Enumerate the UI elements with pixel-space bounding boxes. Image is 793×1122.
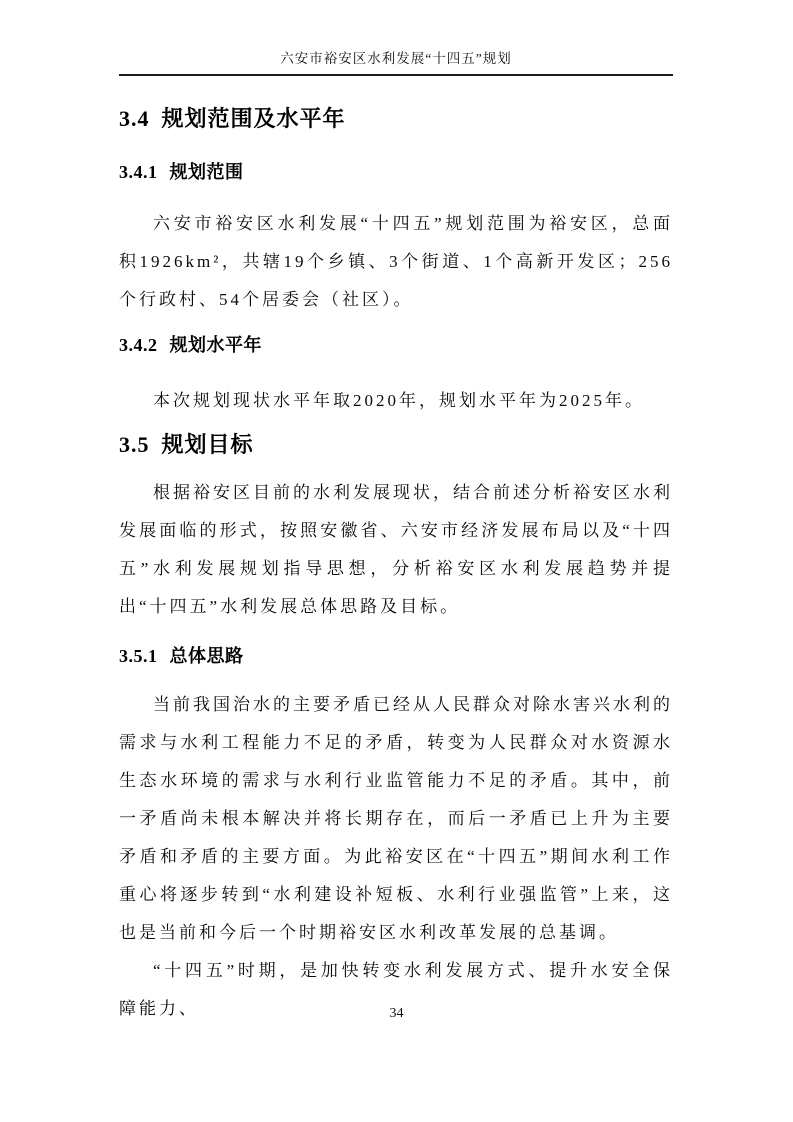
section-number: 3.4 bbox=[119, 106, 150, 131]
section-heading-3-5: 3.5规划目标 bbox=[119, 430, 673, 460]
section-heading-3-4: 3.4规划范围及水平年 bbox=[119, 104, 673, 134]
paragraph-planning-goals-intro: 根据裕安区目前的水利发展现状，结合前述分析裕安区水利发展面临的形式，按照安徽省、… bbox=[119, 474, 673, 626]
section-title: 规划范围及水平年 bbox=[162, 106, 346, 131]
section-title: 规划目标 bbox=[162, 432, 254, 457]
subsection-title: 总体思路 bbox=[170, 646, 244, 666]
page-header: 六安市裕安区水利发展“十四五”规划 bbox=[119, 50, 673, 76]
section-number: 3.5 bbox=[119, 432, 150, 457]
subsection-number: 3.4.1 bbox=[119, 162, 158, 182]
subsection-title: 规划范围 bbox=[170, 162, 244, 182]
subsection-number: 3.5.1 bbox=[119, 646, 158, 666]
subsection-heading-3-4-2: 3.4.2规划水平年 bbox=[119, 333, 673, 358]
subsection-title: 规划水平年 bbox=[170, 335, 263, 355]
paragraph-overall-thinking-1: 当前我国治水的主要矛盾已经从人民群众对除水害兴水利的需求与水利工程能力不足的矛盾… bbox=[119, 686, 673, 952]
subsection-heading-3-4-1: 3.4.1规划范围 bbox=[119, 160, 673, 185]
paragraph-planning-horizon: 本次规划现状水平年取2020年，规划水平年为2025年。 bbox=[119, 382, 673, 420]
subsection-heading-3-5-1: 3.5.1总体思路 bbox=[119, 644, 673, 669]
subsection-number: 3.4.2 bbox=[119, 335, 158, 355]
page-number: 34 bbox=[0, 1006, 793, 1022]
document-page: 六安市裕安区水利发展“十四五”规划 3.4规划范围及水平年 3.4.1规划范围 … bbox=[0, 0, 793, 1122]
paragraph-planning-scope: 六安市裕安区水利发展“十四五”规划范围为裕安区，总面积1926km²，共辖19个… bbox=[119, 205, 673, 319]
header-title: 六安市裕安区水利发展“十四五”规划 bbox=[280, 51, 511, 66]
document-body: 3.4规划范围及水平年 3.4.1规划范围 六安市裕安区水利发展“十四五”规划范… bbox=[119, 76, 673, 1028]
